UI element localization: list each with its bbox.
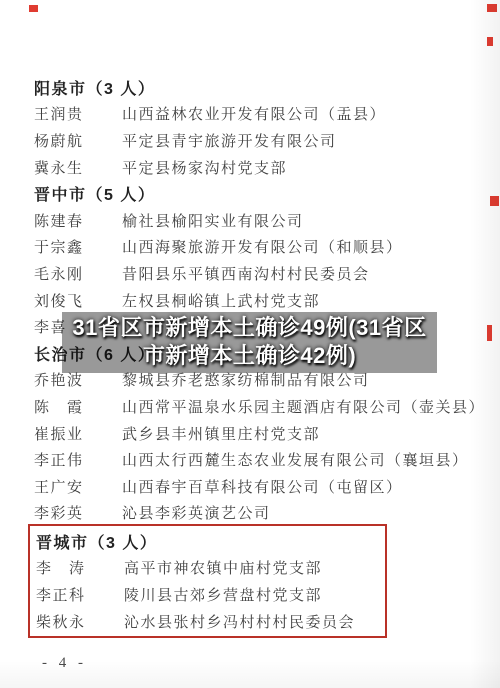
list-item: 杨蔚航 平定县青宇旅游开发有限公司 [0, 127, 500, 154]
highlight-box-jincheng: 晋城市（3 人） 李 涛 高平市神农镇中庙村党支部 李正科 陵川县古郊乡营盘村党… [28, 524, 387, 638]
list-item: 崔振业 武乡县丰州镇里庄村党支部 [0, 420, 500, 447]
person-name: 毛永刚 [34, 263, 122, 284]
page-number: - 4 - [42, 655, 87, 672]
person-name: 杨蔚航 [34, 130, 122, 151]
list-item: 王润贵 山西益林农业开发有限公司（盂县） [0, 101, 500, 128]
section-heading-jinzhong: 晋中市（5 人） [0, 180, 500, 207]
section-heading-yangquan: 阳泉市（3 人） [0, 74, 500, 101]
person-org: 左权县桐峪镇上武村党支部 [122, 290, 320, 311]
person-name: 柴秋永 [36, 611, 124, 632]
list-item: 王广安 山西春宇百草科技有限公司（屯留区） [0, 473, 500, 500]
person-org: 平定县青宇旅游开发有限公司 [122, 130, 337, 151]
red-edge-mark [29, 5, 38, 12]
person-name: 陈建春 [34, 210, 122, 231]
heading-text: 晋中市（5 人） [34, 182, 155, 205]
red-edge-mark [490, 196, 499, 206]
list-item: 柴秋永 沁水县张村乡冯村村村民委员会 [30, 608, 385, 635]
list-item: 于宗鑫 山西海聚旅游开发有限公司（和顺县） [0, 234, 500, 261]
person-org: 山西益林农业开发有限公司（盂县） [122, 103, 386, 124]
headline-line-2: 市新增本土确诊42例) [62, 342, 437, 370]
person-name: 刘俊飞 [34, 290, 122, 311]
list-item: 刘俊飞 左权县桐峪镇上武村党支部 [0, 287, 500, 314]
red-edge-mark [487, 325, 492, 341]
person-org: 山西常平温泉水乐园主题酒店有限公司（壶关县） [122, 396, 485, 417]
list-item: 陈 霞 山西常平温泉水乐园主题酒店有限公司（壶关县） [0, 393, 500, 420]
list-item: 冀永生 平定县杨家沟村党支部 [0, 154, 500, 181]
person-name: 崔振业 [34, 423, 122, 444]
person-name: 李彩英 [34, 502, 122, 523]
person-name: 李 涛 [36, 557, 124, 578]
list-item: 李正科 陵川县古郊乡营盘村党支部 [30, 581, 385, 608]
red-edge-mark [487, 4, 497, 12]
list-item: 毛永刚 昔阳县乐平镇西南沟村村民委员会 [0, 260, 500, 287]
list-item: 李正伟 山西太行西麓生态农业发展有限公司（襄垣县） [0, 446, 500, 473]
person-org: 平定县杨家沟村党支部 [122, 157, 287, 178]
person-org: 武乡县丰州镇里庄村党支部 [122, 423, 320, 444]
red-edge-mark [487, 37, 493, 46]
person-org: 高平市神农镇中庙村党支部 [124, 557, 322, 578]
headline-overlay: 31省区市新增本土确诊49例(31省区 市新增本土确诊42例) [62, 312, 437, 373]
list-item: 李 涛 高平市神农镇中庙村党支部 [30, 555, 385, 582]
person-name: 李正科 [36, 584, 124, 605]
person-name: 李正伟 [34, 449, 122, 470]
person-org: 陵川县古郊乡营盘村党支部 [124, 584, 322, 605]
person-org: 沁水县张村乡冯村村村民委员会 [124, 611, 355, 632]
person-name: 于宗鑫 [34, 236, 122, 257]
heading-text: 阳泉市（3 人） [34, 76, 155, 99]
heading-text: 晋城市（3 人） [36, 530, 157, 553]
list-item: 陈建春 榆社县榆阳实业有限公司 [0, 207, 500, 234]
person-name: 陈 霞 [34, 396, 122, 417]
person-name: 冀永生 [34, 157, 122, 178]
section-heading-jincheng: 晋城市（3 人） [30, 528, 385, 555]
person-name: 王润贵 [34, 103, 122, 124]
person-org: 沁县李彩英演艺公司 [122, 502, 271, 523]
person-org: 山西春宇百草科技有限公司（屯留区） [122, 476, 403, 497]
document-page: 阳泉市（3 人） 王润贵 山西益林农业开发有限公司（盂县） 杨蔚航 平定县青宇旅… [0, 0, 500, 688]
headline-line-1: 31省区市新增本土确诊49例(31省区 [62, 314, 437, 342]
person-org: 山西海聚旅游开发有限公司（和顺县） [122, 236, 403, 257]
list-item: 李彩英 沁县李彩英演艺公司 [0, 500, 500, 527]
person-org: 山西太行西麓生态农业发展有限公司（襄垣县） [122, 449, 469, 470]
person-name: 王广安 [34, 476, 122, 497]
person-org: 榆社县榆阳实业有限公司 [122, 210, 304, 231]
person-org: 昔阳县乐平镇西南沟村村民委员会 [122, 263, 370, 284]
